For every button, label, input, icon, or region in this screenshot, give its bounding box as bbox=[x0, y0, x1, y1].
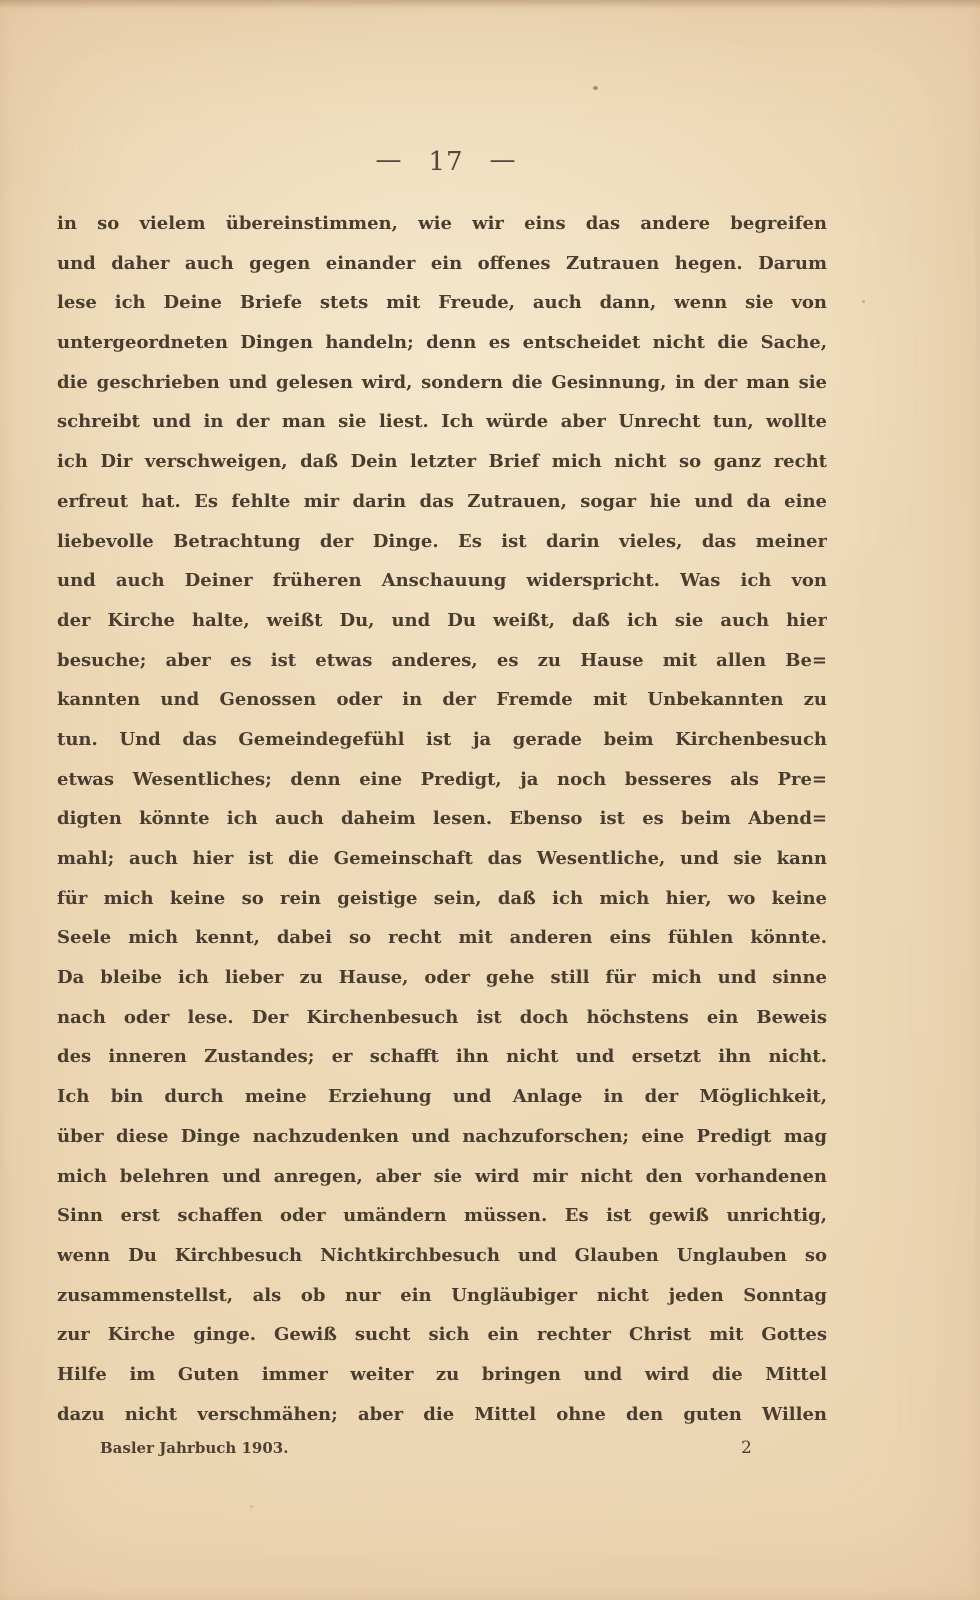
text-line-20: Da bleibe ich lieber zu Hause, oder gehe… bbox=[57, 958, 827, 998]
text-line-30: Hilfe im Guten immer weiter zu bringen u… bbox=[57, 1355, 827, 1395]
body-text-block: in so vielem übereinstimmen, wie wir ein… bbox=[57, 204, 827, 1434]
text-line-26: Sinn erst schaffen oder umändern müssen.… bbox=[57, 1196, 827, 1236]
text-line-13: kannten und Genossen oder in der Fremde … bbox=[57, 680, 827, 720]
text-line-14: tun. Und das Gemeindegefühl ist ja gerad… bbox=[57, 720, 827, 760]
text-line-4: untergeordneten Dingen handeln; denn es … bbox=[57, 323, 827, 363]
text-line-18: für mich keine so rein geistige sein, da… bbox=[57, 879, 827, 919]
text-line-19: Seele mich kennt, dabei so recht mit and… bbox=[57, 918, 827, 958]
text-line-3: lese ich Deine Briefe stets mit Freude, … bbox=[57, 283, 827, 323]
text-line-9: liebevolle Betrachtung der Dinge. Es ist… bbox=[57, 522, 827, 562]
text-line-7: ich Dir verschweigen, daß Dein letzter B… bbox=[57, 442, 827, 482]
text-line-10: und auch Deiner früheren Anschauung wide… bbox=[57, 561, 827, 601]
text-line-1: in so vielem übereinstimmen, wie wir ein… bbox=[57, 204, 827, 244]
text-line-6: schreibt und in der man sie liest. Ich w… bbox=[57, 402, 827, 442]
header-dash-right: — bbox=[490, 141, 517, 179]
text-line-29: zur Kirche ginge. Gewiß sucht sich ein r… bbox=[57, 1315, 827, 1355]
text-line-28: zusammenstellst, als ob nur ein Ungläubi… bbox=[57, 1276, 827, 1316]
text-line-11: der Kirche halte, weißt Du, und Du weißt… bbox=[57, 601, 827, 641]
page-header: —17— bbox=[0, 143, 892, 181]
text-line-23: Ich bin durch meine Erziehung und Anlage… bbox=[57, 1077, 827, 1117]
book-page: —17— in so vielem übereinstimmen, wie wi… bbox=[0, 0, 980, 1600]
text-line-24: über diese Dinge nachzudenken und nachzu… bbox=[57, 1117, 827, 1157]
text-line-27: wenn Du Kirchbesuch Nichtkirchbesuch und… bbox=[57, 1236, 827, 1276]
text-line-17: mahl; auch hier ist die Gemeinschaft das… bbox=[57, 839, 827, 879]
text-line-22: des inneren Zustandes; er schafft ihn ni… bbox=[57, 1037, 827, 1077]
paper-speck bbox=[250, 1505, 253, 1508]
page-number: 17 bbox=[428, 147, 463, 177]
text-line-12: besuche; aber es ist etwas anderes, es z… bbox=[57, 641, 827, 681]
text-line-5: die geschrieben und gelesen wird, sonder… bbox=[57, 363, 827, 403]
text-line-2: und daher auch gegen einander ein offene… bbox=[57, 244, 827, 284]
text-line-21: nach oder lese. Der Kirchenbesuch ist do… bbox=[57, 998, 827, 1038]
sheet-signature: 2 bbox=[741, 1432, 752, 1464]
imprint: Basler Jahrbuch 1903. bbox=[100, 1432, 288, 1464]
text-line-31: dazu nicht verschmähen; aber die Mittel … bbox=[57, 1395, 827, 1435]
page-footer: Basler Jahrbuch 1903. 2 bbox=[57, 1432, 827, 1464]
header-dash-left: — bbox=[375, 141, 402, 179]
text-line-25: mich belehren und anregen, aber sie wird… bbox=[57, 1157, 827, 1197]
paper-speck bbox=[862, 300, 865, 303]
text-line-16: digten könnte ich auch daheim lesen. Ebe… bbox=[57, 799, 827, 839]
paper-speck bbox=[593, 86, 598, 90]
text-line-8: erfreut hat. Es fehlte mir darin das Zut… bbox=[57, 482, 827, 522]
text-line-15: etwas Wesentliches; denn eine Predigt, j… bbox=[57, 760, 827, 800]
